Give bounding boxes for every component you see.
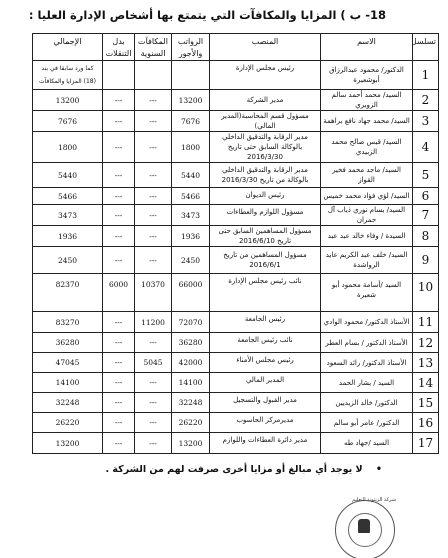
name-cell: الدكتور/ خالد الزيديين (321, 393, 413, 413)
bonuses-cell: --- (135, 205, 172, 226)
serial-cell: 7 (413, 205, 439, 226)
position-cell: رئيس مجلس الإدارة (210, 61, 321, 90)
total-cell: 3473 (33, 205, 103, 226)
torch-emblem-icon (358, 519, 370, 533)
name-cell: السيد/ بسام نوري ذياب آل حمران (321, 205, 413, 226)
bonuses-cell: --- (135, 373, 172, 393)
salaries-cell: 5440 (172, 163, 210, 188)
bonuses-cell (135, 61, 172, 90)
serial-cell: 3 (413, 111, 439, 132)
serial-cell: 4 (413, 132, 439, 163)
table-row: 5السيد/ ماجد محمد فخير القوازمدير الرقاب… (33, 163, 439, 188)
serial-cell: 2 (413, 90, 439, 111)
serial-cell: 17 (413, 433, 439, 454)
bonuses-cell: --- (135, 132, 172, 163)
serial-cell: 5 (413, 163, 439, 188)
position-cell: مدير الرقابة والتدقيق الداخلي بالوكالة ا… (210, 132, 321, 163)
allowance-cell: --- (103, 163, 135, 188)
position-cell: مدير القبول والتسجيل (210, 393, 321, 413)
position-cell: رئيس مجلس الأمناء (210, 353, 321, 373)
bonuses-cell: --- (135, 111, 172, 132)
salaries-cell: 13200 (172, 433, 210, 454)
table-row: 10السيد /أسامة محمود أبو شعيرةنائب رئيس … (33, 274, 439, 312)
total-cell: 2450 (33, 247, 103, 274)
name-cell: السيدة / وفاء خالد عبد عبد (321, 226, 413, 247)
serial-cell: 13 (413, 353, 439, 373)
table-row: 3السيد/ محمد جهاد نافع براهمةمسؤول قسم ا… (33, 111, 439, 132)
salaries-cell: 1800 (172, 132, 210, 163)
name-cell: السيد/ لؤي فؤاد محمد خميس (321, 188, 413, 205)
total-cell: 1936 (33, 226, 103, 247)
position-cell: رئيس الجامعة (210, 312, 321, 333)
table-row: 8السيدة / وفاء خالد عبد عبدمسؤول المساهم… (33, 226, 439, 247)
name-cell: السيد /جهاد طه (321, 433, 413, 454)
serial-cell: 6 (413, 188, 439, 205)
salaries-cell: 5466 (172, 188, 210, 205)
serial-cell: 12 (413, 333, 439, 353)
name-cell: السيد/ خلف عبد الكريم عايد الرواشدة (321, 247, 413, 274)
allowance-cell: --- (103, 90, 135, 111)
salaries-cell: 3473 (172, 205, 210, 226)
allowance-cell: 6000 (103, 274, 135, 312)
bonuses-cell: --- (135, 413, 172, 433)
table-row: 16الدكتور/ عامر أبو سالممديرمركز الحاسوب… (33, 413, 439, 433)
serial-cell: 15 (413, 393, 439, 413)
total-cell: 5440 (33, 163, 103, 188)
header-serial: تسلسل (413, 34, 439, 61)
allowance-cell: --- (103, 333, 135, 353)
stamp-text: شركة الزيتونة للتعليم (352, 497, 396, 503)
allowance-cell: --- (103, 312, 135, 333)
position-cell: مدير الشركة (210, 90, 321, 111)
bonuses-cell: 11200 (135, 312, 172, 333)
total-cell: 47045 (33, 353, 103, 373)
salaries-cell: 36280 (172, 333, 210, 353)
bonuses-cell: 10370 (135, 274, 172, 312)
name-cell: السيد /أسامة محمود أبو شعيرة (321, 274, 413, 312)
bonuses-cell: --- (135, 393, 172, 413)
header-allowance: بدل التنقلات (103, 34, 135, 61)
bonuses-cell: --- (135, 90, 172, 111)
bullet-icon: • (376, 464, 382, 475)
name-cell: السيد/ محمد جهاد نافع براهمة (321, 111, 413, 132)
table-row: 1الدكتور/ محمود عبدالرزاق أبوشعيرةرئيس م… (33, 61, 439, 90)
table-row: 4السيد/ قيس صالح محمد الزبيديمدير الرقاب… (33, 132, 439, 163)
footnote-text: لا يوجد أي مبالغ أو مزايا أخرى صرفت لهم … (106, 464, 363, 475)
serial-cell: 10 (413, 274, 439, 312)
total-cell: 83270 (33, 312, 103, 333)
bonuses-cell: --- (135, 188, 172, 205)
total-cell: 1800 (33, 132, 103, 163)
serial-cell: 16 (413, 413, 439, 433)
bonuses-cell: --- (135, 163, 172, 188)
serial-cell: 1 (413, 61, 439, 90)
footnote: • لا يوجد أي مبالغ أو مزايا أخرى صرفت له… (106, 464, 383, 475)
position-cell: رئيس الديوان (210, 188, 321, 205)
salaries-cell: 42000 (172, 353, 210, 373)
salaries-cell: 32248 (172, 393, 210, 413)
allowance-cell: --- (103, 373, 135, 393)
name-cell: السيد/ ماجد محمد فخير القواز (321, 163, 413, 188)
allowance-cell: --- (103, 188, 135, 205)
bonuses-cell: 5045 (135, 353, 172, 373)
position-cell: مدير دائرة العطاءات واللوازم (210, 433, 321, 454)
position-cell: مديرمركز الحاسوب (210, 413, 321, 433)
compensation-table: تسلسل الاسم المنصب الرواتب والأجور المكا… (32, 33, 439, 454)
position-cell: نائب رئيس الجامعة (210, 333, 321, 353)
table-row: 11الأستاذ الدكتور/ محمود الواديرئيس الجا… (33, 312, 439, 333)
total-cell: 13200 (33, 433, 103, 454)
total-cell: 7676 (33, 111, 103, 132)
section-title: 18- ب ) المزايا والمكافآت التي يتمتع بها… (29, 8, 386, 22)
company-stamp: شركة الزيتونة للتعليم (335, 500, 395, 558)
salaries-cell (172, 61, 210, 90)
header-position: المنصب (210, 34, 321, 61)
total-cell: 32248 (33, 393, 103, 413)
position-cell: مسؤول المساهمين من تاريخ 2016/6/1 (210, 247, 321, 274)
bonuses-cell: --- (135, 226, 172, 247)
table-header-row: تسلسل الاسم المنصب الرواتب والأجور المكا… (33, 34, 439, 61)
salaries-cell: 26220 (172, 413, 210, 433)
allowance-cell: --- (103, 393, 135, 413)
header-bonuses: المكافآت السنوية (135, 34, 172, 61)
table-row: 14السيد / بشار الحمدالمدير المالي14100--… (33, 373, 439, 393)
name-cell: السيد/ محمد أحمد سالم الزويري (321, 90, 413, 111)
serial-cell: 11 (413, 312, 439, 333)
salaries-cell: 1936 (172, 226, 210, 247)
allowance-cell: --- (103, 132, 135, 163)
bonuses-cell: --- (135, 247, 172, 274)
header-name: الاسم (321, 34, 413, 61)
table-row: 2السيد/ محمد أحمد سالم الزويريمدير الشرك… (33, 90, 439, 111)
name-cell: الأستاذ الدكتور/ محمود الوادي (321, 312, 413, 333)
bonuses-cell: --- (135, 433, 172, 454)
salaries-cell: 72070 (172, 312, 210, 333)
position-cell: مسؤول المساهمين السابق حتى تاريخ 2016/6/… (210, 226, 321, 247)
allowance-cell: --- (103, 205, 135, 226)
allowance-cell: --- (103, 413, 135, 433)
total-cell: 82370 (33, 274, 103, 312)
position-cell: مسؤول اللوازم والعطاءات (210, 205, 321, 226)
name-cell: الأستاذ الدكتور / بسام العطر (321, 333, 413, 353)
header-total: الإجمالي (33, 34, 103, 61)
table-row: 9السيد/ خلف عبد الكريم عايد الرواشدةمسؤو… (33, 247, 439, 274)
salaries-cell: 14100 (172, 373, 210, 393)
bonuses-cell: --- (135, 333, 172, 353)
name-cell: السيد/ قيس صالح محمد الزبيدي (321, 132, 413, 163)
table-row: 6السيد/ لؤي فؤاد محمد خميسرئيس الديوان54… (33, 188, 439, 205)
total-cell: 36280 (33, 333, 103, 353)
position-cell: نائب رئيس مجلس الإدارة (210, 274, 321, 312)
salaries-cell: 7676 (172, 111, 210, 132)
allowance-cell: --- (103, 433, 135, 454)
salaries-cell: 66000 (172, 274, 210, 312)
total-cell: 13200 (33, 90, 103, 111)
table-row: 17السيد /جهاد طهمدير دائرة العطاءات والل… (33, 433, 439, 454)
position-cell: المدير المالي (210, 373, 321, 393)
allowance-cell: --- (103, 247, 135, 274)
total-cell: 26220 (33, 413, 103, 433)
salaries-cell: 2450 (172, 247, 210, 274)
total-cell: 5466 (33, 188, 103, 205)
position-cell: مسؤول قسم المحاسبة(المدير المالي) (210, 111, 321, 132)
salaries-cell: 13200 (172, 90, 210, 111)
serial-cell: 8 (413, 226, 439, 247)
serial-cell: 9 (413, 247, 439, 274)
total-cell: كما ورد سابقا في بند (18) المزايا والمكا… (33, 61, 103, 90)
table-row: 12الأستاذ الدكتور / بسام العطرنائب رئيس … (33, 333, 439, 353)
allowance-cell (103, 61, 135, 90)
serial-cell: 14 (413, 373, 439, 393)
table-row: 13الأستاذ الدكتور/ رائد السعودرئيس مجلس … (33, 353, 439, 373)
position-cell: مدير الرقابة والتدقيق الداخلي بالوكالة م… (210, 163, 321, 188)
table-row: 15الدكتور/ خالد الزيديينمدير القبول والت… (33, 393, 439, 413)
name-cell: السيد / بشار الحمد (321, 373, 413, 393)
allowance-cell: --- (103, 111, 135, 132)
name-cell: الأستاذ الدكتور/ رائد السعود (321, 353, 413, 373)
header-salaries: الرواتب والأجور (172, 34, 210, 61)
total-cell: 14100 (33, 373, 103, 393)
allowance-cell: --- (103, 226, 135, 247)
table-row: 7السيد/ بسام نوري ذياب آل حمرانمسؤول الل… (33, 205, 439, 226)
name-cell: الدكتور/ محمود عبدالرزاق أبوشعيرة (321, 61, 413, 90)
allowance-cell: --- (103, 353, 135, 373)
name-cell: الدكتور/ عامر أبو سالم (321, 413, 413, 433)
